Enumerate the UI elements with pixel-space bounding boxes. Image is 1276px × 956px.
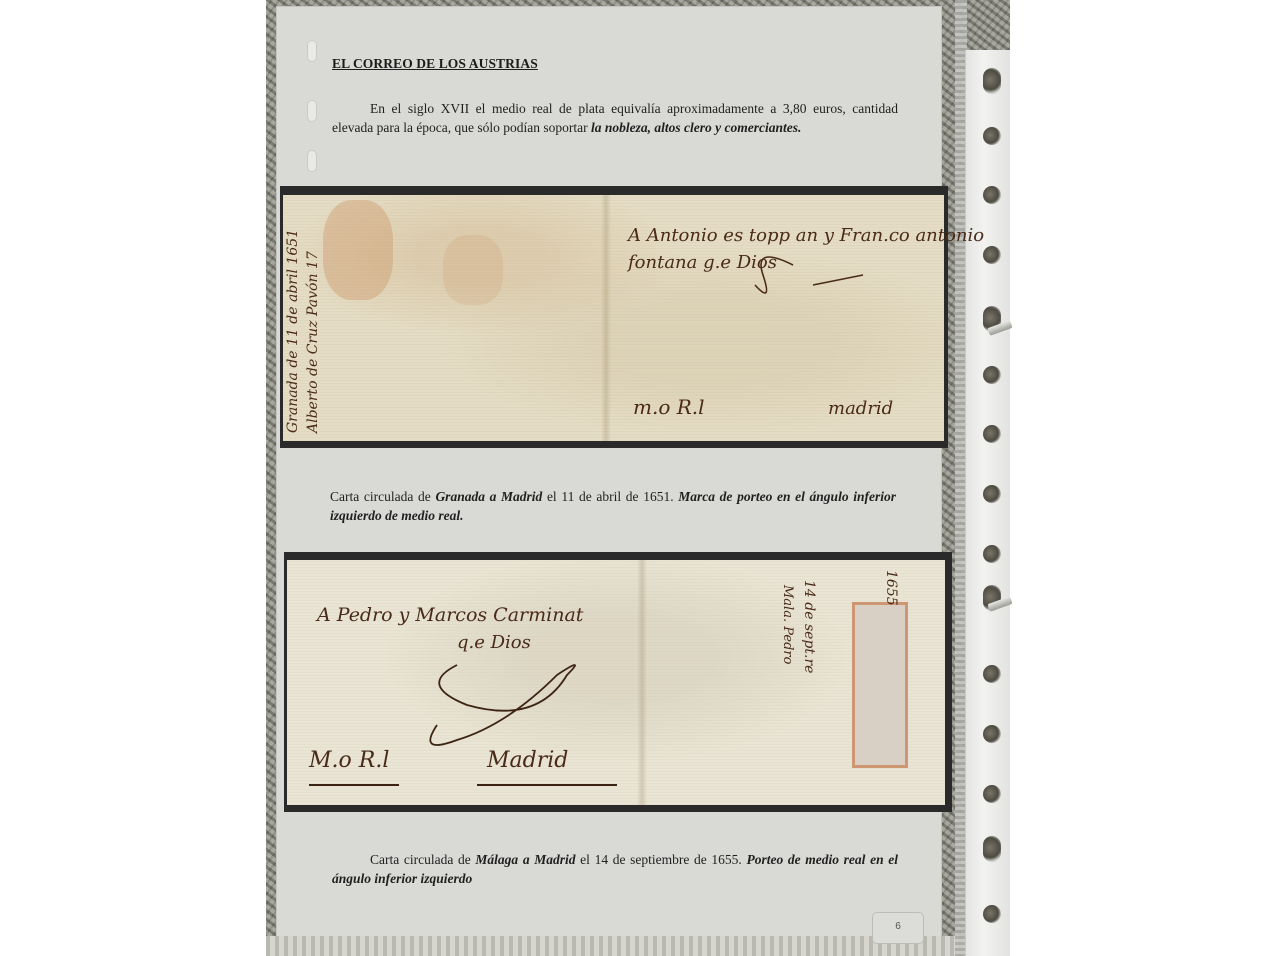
letter-1-destination: madrid bbox=[828, 398, 893, 419]
binder-hole-icon bbox=[983, 545, 1001, 563]
wax-seal-remnant bbox=[852, 602, 908, 768]
stain bbox=[443, 235, 503, 305]
underline bbox=[309, 784, 399, 786]
binder-hole-icon bbox=[983, 127, 1001, 145]
page-title: EL CORREO DE LOS AUSTRIAS bbox=[332, 56, 538, 72]
intro-paragraph: En el siglo XVII el medio real de plata … bbox=[332, 99, 898, 137]
letter-1-address-line1: A Antonio es topp an y Fran.co antonio bbox=[628, 225, 984, 246]
binder-hole-icon bbox=[983, 485, 1001, 503]
binder-hole-icon bbox=[983, 665, 1001, 683]
page-punch-hole bbox=[307, 150, 317, 172]
caption-prefix: Carta circulada de bbox=[370, 852, 475, 867]
page-punch-hole bbox=[307, 100, 317, 122]
stain bbox=[323, 200, 393, 300]
binder-hole-icon bbox=[983, 836, 1001, 862]
page-number: 6 bbox=[873, 921, 923, 932]
letter-2-address-line1: A Pedro y Marcos Carminat bbox=[317, 604, 583, 626]
caption-prefix: Carta circulada de bbox=[330, 489, 435, 504]
caption-route: Granada a Madrid bbox=[435, 489, 542, 504]
letter-1-flourish bbox=[753, 245, 873, 305]
letter-2-caption: Carta circulada de Málaga a Madrid el 14… bbox=[332, 850, 898, 888]
binder-hole-icon bbox=[983, 905, 1001, 923]
caption-date: el 11 de abril de 1651. bbox=[542, 489, 678, 504]
fold-line bbox=[601, 195, 611, 441]
binder-hole-icon bbox=[983, 425, 1001, 443]
binder-hole-icon bbox=[983, 725, 1001, 743]
underline bbox=[477, 784, 617, 786]
letter-1-caption: Carta circulada de Granada a Madrid el 1… bbox=[330, 487, 896, 525]
letter-2-address-line2: q.e Dios bbox=[457, 632, 531, 653]
letter-2-docket-line2: Mala. Pedro bbox=[780, 585, 795, 664]
letter-1-image: Granada de 11 de abril 1651 Alberto de C… bbox=[283, 195, 944, 441]
binder-hole-icon bbox=[983, 785, 1001, 803]
intro-emphasis: la nobleza, altos clero y comerciantes. bbox=[591, 120, 801, 135]
letter-2-docket-line1: 14 de sept.re bbox=[801, 580, 817, 673]
binder-hole-icon bbox=[983, 246, 1001, 264]
letter-2-image: A Pedro y Marcos Carminat q.e Dios M.o R… bbox=[287, 560, 945, 805]
letter-2-rate-mark: M.o R.l bbox=[309, 748, 389, 773]
fold-line bbox=[637, 560, 647, 805]
letter-2-docket-year: 1655 bbox=[883, 570, 899, 606]
page-punch-hole bbox=[307, 40, 317, 62]
binder-hole-icon bbox=[983, 366, 1001, 384]
binder-hole-icon bbox=[983, 68, 1001, 94]
letter-1-rate-mark: m.o R.l bbox=[633, 395, 705, 419]
letter-2-destination: Madrid bbox=[487, 748, 568, 773]
caption-route: Málaga a Madrid bbox=[475, 852, 575, 867]
letter-1-docket-line2: Alberto de Cruz Pavón 17 bbox=[305, 251, 321, 433]
binder-hole-icon bbox=[983, 186, 1001, 204]
caption-date: el 14 de septiembre de 1655. bbox=[576, 852, 747, 867]
letter-1-docket-line1: Granada de 11 de abril 1651 bbox=[285, 229, 301, 433]
page-number-tab: 6 bbox=[872, 912, 924, 944]
